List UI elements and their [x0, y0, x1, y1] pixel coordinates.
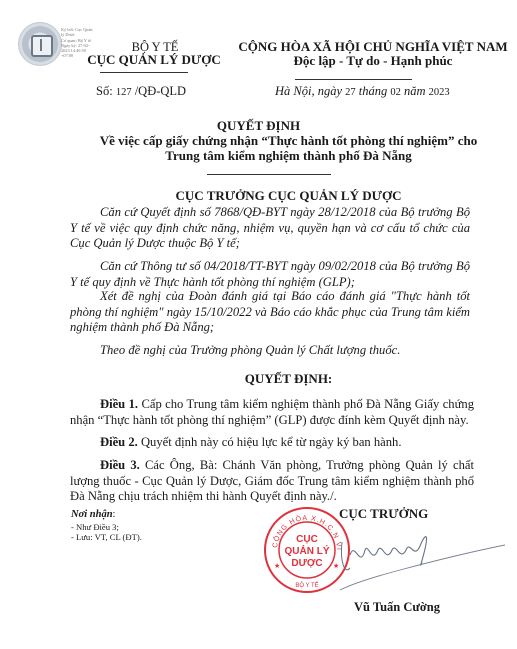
- recipients-label-colon: :: [113, 509, 116, 520]
- svg-text:★: ★: [274, 562, 280, 570]
- article-label: Điều 3.: [100, 458, 140, 472]
- document-subject-line-1: Về việc cấp giấy chứng nhận “Thực hành t…: [60, 133, 517, 149]
- preamble-paragraph: Xét đề nghị của Đoàn đánh giá tại Báo cá…: [70, 289, 470, 336]
- agency-name: CỤC QUẢN LÝ DƯỢC: [74, 52, 234, 68]
- decision-heading: QUYẾT ĐỊNH:: [60, 371, 517, 387]
- number-suffix: /QĐ-QLD: [135, 84, 186, 98]
- handwritten-signature-icon: [310, 520, 510, 600]
- date-year-label: năm: [404, 84, 426, 98]
- header-divider-right: [295, 79, 412, 80]
- document-date: Hà Nội, ngày 27 tháng 02 năm 2023: [275, 84, 450, 99]
- title-divider: [207, 174, 331, 175]
- preamble-text: Theo đề nghị của Trưởng phòng Quản lý Ch…: [100, 343, 400, 357]
- preamble-paragraph: Căn cứ Quyết định số 7868/QĐ-BYT ngày 28…: [70, 205, 470, 252]
- article-label: Điều 2.: [100, 435, 138, 449]
- preamble-text: Căn cứ Thông tư số 04/2018/TT-BYT ngày 0…: [70, 259, 470, 289]
- date-day: 27: [345, 87, 356, 98]
- issuer-heading: CỤC TRƯỞNG CỤC QUẢN LÝ DƯỢC: [60, 188, 517, 204]
- signer-title: CỤC TRƯỞNG: [339, 506, 428, 522]
- article-3: Điều 3. Các Ông, Bà: Chánh Văn phòng, Tr…: [70, 458, 474, 505]
- digital-signature-logo-icon: [18, 22, 62, 66]
- number-value: 127: [116, 87, 132, 98]
- recipients-label-text: Nơi nhận: [71, 509, 113, 520]
- recipient-item: - Lưu: VT, CL (ĐT).: [71, 532, 142, 542]
- number-label: Số:: [96, 84, 113, 98]
- document-subject-line-2: Trung tâm kiểm nghiệm thành phố Đà Nẵng: [60, 148, 517, 164]
- recipient-item: - Như Điều 3;: [71, 522, 119, 532]
- preamble-text: Căn cứ Quyết định số 7868/QĐ-BYT ngày 28…: [70, 205, 470, 250]
- preamble-paragraph: Căn cứ Thông tư số 04/2018/TT-BYT ngày 0…: [70, 259, 470, 290]
- article-label: Điều 1.: [100, 397, 138, 411]
- date-place: Hà Nội, ngày: [275, 84, 342, 98]
- national-motto: Độc lập - Tự do - Hạnh phúc: [228, 53, 517, 69]
- article-2: Điều 2. Quyết định này có hiệu lực kể từ…: [70, 435, 474, 451]
- article-text: Quyết định này có hiệu lực kể từ ngày ký…: [141, 435, 402, 449]
- date-year: 2023: [429, 87, 450, 98]
- recipients-label: Nơi nhận:: [71, 509, 115, 520]
- document-type: QUYẾT ĐỊNH: [0, 118, 517, 134]
- document-number: Số: 127 /QĐ-QLD: [96, 84, 186, 99]
- article-1: Điều 1. Cấp cho Trung tâm kiểm nghiệm th…: [70, 397, 474, 428]
- signer-name: Vũ Tuấn Cường: [354, 600, 440, 615]
- header-divider-left: [100, 72, 188, 73]
- date-month-label: tháng: [359, 84, 387, 98]
- date-month: 02: [390, 87, 401, 98]
- preamble-text: Xét đề nghị của Đoàn đánh giá tại Báo cá…: [70, 289, 470, 334]
- preamble-paragraph: Theo đề nghị của Trưởng phòng Quản lý Ch…: [70, 343, 470, 359]
